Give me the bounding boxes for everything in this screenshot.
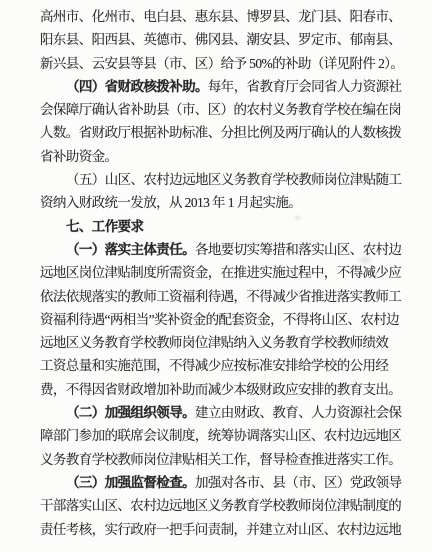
emphasis-text: （三）加强监督检查。 [66, 475, 195, 490]
document-line: 省补助资金。 [40, 145, 402, 168]
emphasis-text: （一）落实主体责任。 [66, 242, 195, 257]
document-line: 七、工作要求 [40, 215, 402, 238]
body-text: 建立由财政、教育、人力资源社会保 [195, 405, 401, 420]
body-text: 高州市、化州市、电白县、惠东县、博罗县、龙门县、阳春市、 [40, 9, 401, 24]
body-text: 新兴县、云安县等县（市、区）给予 50%的补助（详见附件 2）。 [40, 56, 403, 71]
body-text: 责任考核，实行政府一把手问责制，并建立对山区、农村边远地 [40, 522, 401, 537]
document-line: （一）落实主体责任。各地要切实筹措和落实山区、农村边 [40, 238, 402, 261]
emphasis-text: （二）加强组织领导。 [66, 405, 195, 420]
emphasis-text: 七、工作要求 [66, 219, 143, 234]
document-line: 阳东县、阳西县、英德市、佛冈县、潮安县、罗定市、郁南县、 [40, 28, 402, 51]
body-text: 加强对各市、县（市、区）党政领导 [195, 475, 401, 490]
document-line: 资福利待遇“两相当”奖补资金的配套资金，不得将山区、农村边 [40, 308, 402, 331]
body-text: 资福利待遇“两相当”奖补资金的配套资金，不得将山区、农村边 [40, 312, 399, 327]
document-line: 资纳入财政统一发放，从 2013 年 1 月起实施。 [40, 191, 402, 214]
body-text: 费，不得因省财政增加补助而减少本级财政应安排的教育支出。 [40, 382, 401, 397]
document-line: 工资总量和实施范围，不得减少应按标准安排给学校的公用经 [40, 354, 402, 377]
body-text: 会保障厅确认省补助县（市、区）的农村义务教育学校在编在岗 [40, 102, 401, 117]
body-text: 义务教育学校教师岗位津贴相关工作，督导检查推进落实工作。 [40, 452, 401, 467]
document-line: 责任考核，实行政府一把手问责制，并建立对山区、农村边远地 [40, 518, 402, 541]
body-text: 每年，省教育厅会同省人力资源社 [208, 79, 402, 94]
document-line: （二）加强组织领导。建立由财政、教育、人力资源社会保 [40, 401, 402, 424]
document-line: （五）山区、农村边远地区义务教育学校教师岗位津贴随工 [40, 168, 402, 191]
body-text: 省补助资金。 [40, 149, 117, 164]
document-line: （四）省财政核拨补助。每年，省教育厅会同省人力资源社 [40, 75, 402, 98]
document-line: 费，不得因省财政增加补助而减少本级财政应安排的教育支出。 [40, 378, 402, 401]
body-text: 阳东县、阳西县、英德市、佛冈县、潮安县、罗定市、郁南县、 [40, 32, 401, 47]
body-text: 远地区义务教育学校教师岗位津贴纳入义务教育学校教师绩效 [40, 335, 388, 350]
scanned-document-page: 高州市、化州市、电白县、惠东县、博罗县、龙门县、阳春市、阳东县、阳西县、英德市、… [0, 0, 432, 552]
document-line: 高州市、化州市、电白县、惠东县、博罗县、龙门县、阳春市、 [40, 5, 402, 28]
document-line: 义务教育学校教师岗位津贴相关工作，督导检查推进落实工作。 [40, 448, 402, 471]
body-text: 工资总量和实施范围，不得减少应按标准安排给学校的公用经 [40, 358, 388, 373]
body-text: 资纳入财政统一发放，从 2013 年 1 月起实施。 [40, 195, 301, 210]
document-line: 新兴县、云安县等县（市、区）给予 50%的补助（详见附件 2）。 [40, 52, 402, 75]
body-text: 远地区岗位津贴制度所需资金，在推进实施过程中，不得减少应 [40, 265, 401, 280]
body-text: 各地要切实筹措和落实山区、农村边 [195, 242, 401, 257]
document-line: 远地区义务教育学校教师岗位津贴纳入义务教育学校教师绩效 [40, 331, 402, 354]
document-line: 干部落实山区、农村边远地区义务教育学校教师岗位津贴制度的 [40, 494, 402, 517]
document-line: 人数。省财政厅根据补助标准、分担比例及两厅确认的人数核拨 [40, 121, 402, 144]
document-line: （三）加强监督检查。加强对各市、县（市、区）党政领导 [40, 471, 402, 494]
body-text: 人数。省财政厅根据补助标准、分担比例及两厅确认的人数核拨 [40, 125, 401, 140]
body-text: （五）山区、农村边远地区义务教育学校教师岗位津贴随工 [66, 172, 401, 187]
body-text: 依法依规落实的教师工资福利待遇，不得减少省推进落实教师工 [40, 289, 401, 304]
document-line: 依法依规落实的教师工资福利待遇，不得减少省推进落实教师工 [40, 285, 402, 308]
document-line: 障部门参加的联席会议制度，统筹协调落实山区、农村边远地区 [40, 424, 402, 447]
body-text: 障部门参加的联席会议制度，统筹协调落实山区、农村边远地区 [40, 428, 401, 443]
document-line: 远地区岗位津贴制度所需资金，在推进实施过程中，不得减少应 [40, 261, 402, 284]
document-line: 会保障厅确认省补助县（市、区）的农村义务教育学校在编在岗 [40, 98, 402, 121]
document-body: 高州市、化州市、电白县、惠东县、博罗县、龙门县、阳春市、阳东县、阳西县、英德市、… [40, 5, 402, 541]
emphasis-text: （四）省财政核拨补助。 [66, 79, 208, 94]
body-text: 干部落实山区、农村边远地区义务教育学校教师岗位津贴制度的 [40, 498, 401, 513]
